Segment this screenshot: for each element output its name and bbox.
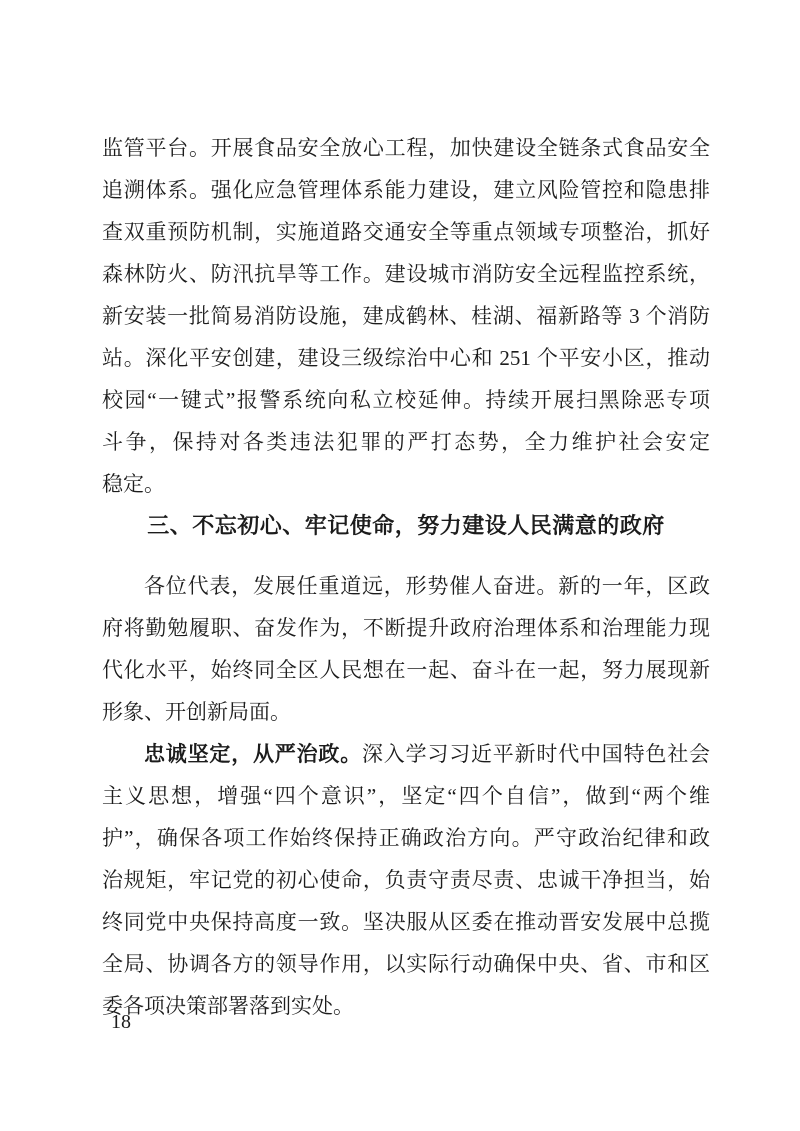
body-text: 代化水平，始终同全区人民想在一起、奋斗在一起，努力展现新 [102, 658, 710, 682]
paragraph-loyalty-governance-line: 委各项决策部署落到实处。 [102, 985, 710, 1027]
body-text: 查双重预防机制，实施道路交通安全等重点领域专项整治，抓好 [102, 220, 710, 244]
body-text: 校园“一键式”报警系统向私立校延伸。持续开展扫黑除恶专项 [102, 388, 710, 412]
paragraph-public-safety-line: 斗争，保持对各类违法犯罪的严打态势，全力维护社会安定 [102, 421, 710, 463]
body-text: 森林防火、防汛抗旱等工作。建设城市消防安全远程监控系统， [102, 262, 710, 286]
paragraph-loyalty-governance-line: 忠诚坚定，从严治政。深入学习习近平新时代中国特色社会 [102, 733, 710, 775]
body-text: 深入学习习近平新时代中国特色社会 [362, 742, 710, 766]
section-heading: 三、不忘初心、牢记使命，努力建设人民满意的政府 [102, 505, 710, 547]
page-number: 18 [111, 1009, 131, 1035]
body-text: 府将勤勉履职、奋发作为，不断提升政府治理体系和治理能力现 [102, 616, 710, 640]
body-text: 各位代表，发展任重道远，形势催人奋进。新的一年，区政 [144, 574, 710, 598]
body-text: 新安装一批简易消防设施，建成鹤林、桂湖、福新路等 3 个消防 [102, 304, 710, 328]
paragraph-public-safety-line: 新安装一批简易消防设施，建成鹤林、桂湖、福新路等 3 个消防 [102, 295, 710, 337]
paragraph-public-safety-line: 校园“一键式”报警系统向私立校延伸。持续开展扫黑除恶专项 [102, 379, 710, 421]
body-text: 终同党中央保持高度一致。坚决服从区委在推动晋安发展中总揽 [102, 910, 710, 934]
document-body: 监管平台。开展食品安全放心工程，加快建设全链条式食品安全追溯体系。强化应急管理体… [102, 127, 710, 1027]
paragraph-loyalty-governance-line: 治规矩，牢记党的初心使命，负责守责尽责、忠诚干净担当，始 [102, 859, 710, 901]
paragraph-loyalty-governance-line: 护”，确保各项工作始终保持正确政治方向。严守政治纪律和政 [102, 817, 710, 859]
paragraph-public-safety-line: 监管平台。开展食品安全放心工程，加快建设全链条式食品安全 [102, 127, 710, 169]
paragraph-public-safety-line: 站。深化平安创建，建设三级综治中心和 251 个平安小区，推动 [102, 337, 710, 379]
bold-lead-text: 忠诚坚定，从严治政。 [144, 743, 362, 766]
paragraph-public-safety-line: 森林防火、防汛抗旱等工作。建设城市消防安全远程监控系统， [102, 253, 710, 295]
paragraph-public-safety-line: 追溯体系。强化应急管理体系能力建设，建立风险管控和隐患排 [102, 169, 710, 211]
paragraph-loyalty-governance-line: 主义思想，增强“四个意识”，坚定“四个自信”，做到“两个维 [102, 775, 710, 817]
paragraph-loyalty-governance-line: 终同党中央保持高度一致。坚决服从区委在推动晋安发展中总揽 [102, 901, 710, 943]
document-page: 监管平台。开展食品安全放心工程，加快建设全链条式食品安全追溯体系。强化应急管理体… [0, 0, 800, 1131]
paragraph-new-year-outlook-line: 府将勤勉履职、奋发作为，不断提升政府治理体系和治理能力现 [102, 607, 710, 649]
body-text: 委各项决策部署落到实处。 [102, 994, 354, 1018]
body-text: 监管平台。开展食品安全放心工程，加快建设全链条式食品安全 [102, 136, 710, 160]
body-text: 追溯体系。强化应急管理体系能力建设，建立风险管控和隐患排 [102, 178, 710, 202]
body-text: 站。深化平安创建，建设三级综治中心和 251 个平安小区，推动 [102, 346, 710, 370]
body-text: 治规矩，牢记党的初心使命，负责守责尽责、忠诚干净担当，始 [102, 868, 710, 892]
paragraph-new-year-outlook-line: 代化水平，始终同全区人民想在一起、奋斗在一起，努力展现新 [102, 649, 710, 691]
body-text: 形象、开创新局面。 [102, 700, 291, 724]
body-text: 全局、协调各方的领导作用，以实际行动确保中央、省、市和区 [102, 952, 710, 976]
paragraph-loyalty-governance-line: 全局、协调各方的领导作用，以实际行动确保中央、省、市和区 [102, 943, 710, 985]
paragraph-public-safety-line: 稳定。 [102, 463, 710, 505]
paragraph-public-safety-line: 查双重预防机制，实施道路交通安全等重点领域专项整治，抓好 [102, 211, 710, 253]
body-text: 主义思想，增强“四个意识”，坚定“四个自信”，做到“两个维 [102, 784, 710, 808]
body-text: 护”，确保各项工作始终保持正确政治方向。严守政治纪律和政 [102, 826, 710, 850]
paragraph-new-year-outlook-line: 各位代表，发展任重道远，形势催人奋进。新的一年，区政 [102, 565, 710, 607]
paragraph-new-year-outlook-line: 形象、开创新局面。 [102, 691, 710, 733]
body-text: 稳定。 [102, 472, 165, 496]
body-text: 斗争，保持对各类违法犯罪的严打态势，全力维护社会安定 [102, 430, 710, 454]
